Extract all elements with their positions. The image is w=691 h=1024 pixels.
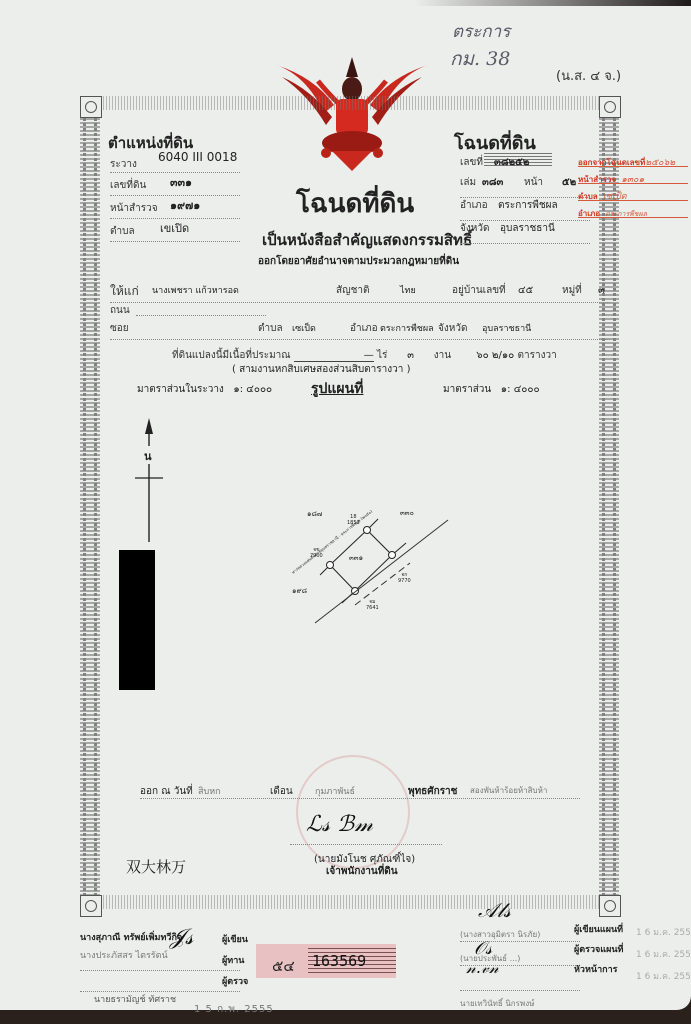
chinese-text: 双大林万 [126, 856, 186, 877]
writer-signature: 𝒥𝓈 [170, 925, 193, 950]
reader-name: นางประภัสสร ไตรรัตน์ [80, 948, 240, 971]
map-checker-signature: 𝒪𝓈 [474, 938, 492, 959]
issue-year: สองพันห้าร้อยห้าสิบห้า [470, 784, 547, 797]
area-text: ( สามงานหกสิบเศษสองส่วนสิบตารางวา ) [232, 362, 410, 377]
serial-box: ๕๔ 163569 [256, 944, 396, 978]
role-labels: ผู้เขียน ผู้ทาน ผู้ตรวจ [222, 930, 248, 993]
deed-number: ๓๘๒๕๒ [494, 155, 529, 170]
ngan-value: ๓ [391, 348, 431, 363]
page-value: ๕๒ [562, 175, 576, 190]
form-code: (น.ส. ๔ จ.) [556, 65, 621, 86]
moo-number: ๓ [598, 283, 605, 298]
head-name: นายเทวินัทธิ์ นิกรพงษ์ [460, 991, 580, 1010]
owner-name: นางเพชรา แก้วหารอด [152, 283, 239, 297]
official-title: เจ้าพนักงานที่ดิน [326, 864, 398, 879]
issue-day: สิบหก [198, 784, 221, 798]
handwritten-note-2: กม. 38 [450, 44, 510, 74]
field-row: ระวาง6040 III 0018 [110, 152, 240, 173]
road-row: ถนน [110, 303, 610, 321]
handwritten-note-1: ตระการ [452, 18, 510, 45]
deed-info: เลขที่๓๘๒๕๒ เล่ม๓๘๓หน้า๕๒ อำเภอตระการพืช… [460, 155, 590, 244]
red-origin-deed: ๒๕๐๖๒ [645, 158, 675, 168]
map-writer-signature: 𝒜𝓁𝓈 [478, 898, 511, 922]
border-right [599, 118, 619, 896]
red-annotations: ออกจากโฉนดเลขที่๒๕๐๖๒ หน้าสำรวจ ๑๓๐๑ ตำบ… [578, 150, 688, 218]
parcel-number: ๓๓๑ [349, 553, 363, 564]
serial-number: 163569 [312, 952, 366, 970]
parcel-value: ๓๓๑ [170, 173, 192, 191]
sheet-value: 6040 III 0018 [158, 150, 237, 164]
bottom-left-block: นางสุภาณี ทรัพย์เพิ่มทวีกิจ นางประภัสสร … [80, 930, 240, 1008]
book-value: ๓๘๓ [482, 175, 503, 190]
owner-section: ให้แก่ นางเพชรา แก้วหารอด สัญชาติ ไทย อย… [110, 282, 610, 340]
issue-month: กุมภาพันธ์ [315, 784, 355, 798]
district-row: อำเภอตระการพืชผล [460, 198, 590, 221]
corner-ornament-icon [80, 895, 102, 917]
right-dates: 1 6 ม.ค. 2555 1 6 ม.ค. 2555 1 6 ม.ค. 255… [636, 922, 691, 988]
neighbor-parcel: ๑๘๗ [307, 509, 322, 520]
field-row: ตำบลเขเปิด [110, 219, 240, 242]
right-role-labels: ผู้เขียนแผนที่ ผู้ตรวจแผนที่ หัวหน้าการ [574, 920, 623, 980]
main-title: โฉนดที่ดิน [296, 183, 414, 224]
field-row: หน้าสำรวจ๑๙๗๑ [110, 196, 240, 219]
owner-amphoe: ตระการพืชผล [380, 321, 434, 335]
north-label: น [144, 447, 152, 465]
owner-row: ให้แก่ นางเพชรา แก้วหารอด สัญชาติ ไทย อย… [110, 282, 610, 303]
survey-page-value: ๑๙๗๑ [170, 196, 200, 214]
deed-number-row: เลขที่๓๘๒๕๒ [460, 155, 590, 175]
map-title: รูปแผนที่ [311, 378, 363, 400]
owner-tambon: เซเป็ด [292, 321, 316, 335]
north-arrow-icon [130, 412, 170, 547]
neighbor-parcel: ๑๙๘ [292, 586, 307, 597]
field-row: เลขที่ดิน๓๓๑ [110, 173, 240, 196]
scale-left: มาตราส่วนในระวาง ๑: ๔๐๐๐ [137, 382, 272, 397]
rai-value: — [294, 350, 374, 362]
corner-ornament-icon [599, 96, 621, 118]
nationality: ไทย [400, 283, 416, 297]
border-bottom [100, 895, 600, 909]
border-left [80, 118, 100, 896]
corner-ornament-icon [599, 895, 621, 917]
marker-right: จก9770 [398, 572, 411, 584]
scale-right: มาตราส่วน ๑: ๔๐๐๐ [443, 382, 540, 397]
photo-edge [0, 0, 691, 6]
land-position-fields: ระวาง6040 III 0018 เลขที่ดิน๓๓๑ หน้าสำรว… [110, 152, 240, 242]
neighbor-parcel: ๓๓๐ [400, 508, 414, 519]
province-row: จังหวัดอุบลราชธานี [460, 221, 590, 244]
marker-bottom: จม7641 [366, 599, 379, 611]
subtitle-2: ออกโดยอาศัยอำนาจตามประมวลกฎหมายที่ดิน [258, 254, 459, 269]
garuda-emblem-icon [276, 55, 428, 173]
official-signature: ℒ𝓈 ℬ𝓂 [306, 812, 373, 837]
issue-row: ออก ณ วันที่ สิบหก เดือน กุมภาพันธ์ พุทธ… [140, 784, 580, 799]
corner-ornament-icon [80, 96, 102, 118]
soi-row: ซอย ตำบล เซเป็ด อำเภอ ตระการพืชผล จังหวั… [110, 321, 610, 340]
writer-name: นางสุภาณี ทรัพย์เพิ่มทวีกิจ [80, 930, 240, 948]
district-value: ตระการพืชผล [498, 198, 558, 213]
area-row: ที่ดินแปลงนี้มีเนื้อที่ประมาณ — ไร่ ๓ งา… [172, 348, 592, 363]
tambon-value: เขเปิด [160, 219, 189, 237]
province-value: อุบลราชธานี [500, 221, 555, 236]
head-signature: 𝓃.𝓋𝓃 [466, 958, 499, 978]
book-row: เล่ม๓๘๓หน้า๕๒ [460, 175, 590, 198]
serial-prefix: ๕๔ [272, 954, 295, 978]
red-amphoe: ตระการพืชผล [605, 210, 647, 218]
border-top [100, 96, 600, 110]
house-number: ๔๕ [518, 283, 533, 298]
owner-province: อุบลราชธานี [482, 321, 531, 335]
redaction-block [119, 550, 155, 690]
issue-stamp-date: 1 5 ก.พ. 2555 [194, 1002, 274, 1017]
subtitle: เป็นหนังสือสำคัญแสดงกรรมสิทธิ์ [262, 228, 472, 252]
wa-value: ๖๐ ๒/๑๐ [454, 348, 514, 363]
